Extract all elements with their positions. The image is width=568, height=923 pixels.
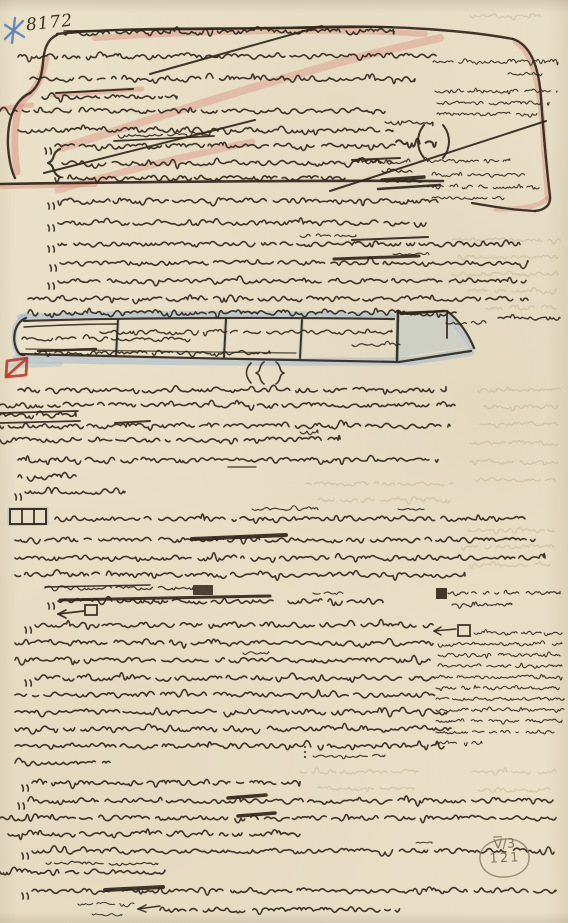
dots-layer xyxy=(304,746,306,758)
handwriting-line xyxy=(48,276,526,289)
handwriting-line xyxy=(48,218,426,231)
handwriting-line xyxy=(393,253,429,255)
strike-marks-layer xyxy=(0,18,546,912)
handwriting-line xyxy=(25,619,433,633)
strike-line xyxy=(114,136,214,141)
bleedthrough-line xyxy=(462,544,554,550)
archive-stamp: V/3 121 xyxy=(478,837,532,880)
handwriting-line xyxy=(416,842,432,843)
handwriting-line xyxy=(452,602,512,608)
handwriting-line xyxy=(396,139,436,148)
strike-line xyxy=(138,909,146,912)
handwriting-line xyxy=(352,341,400,346)
bleedthrough-line xyxy=(470,441,558,446)
handwriting-line xyxy=(300,430,318,435)
handwriting-line xyxy=(18,456,438,465)
handwriting-line xyxy=(160,907,400,914)
dot-mark xyxy=(304,756,306,758)
handwriting-line xyxy=(30,73,415,83)
boat-blue-wash xyxy=(9,508,47,525)
strike-line xyxy=(434,631,441,635)
strike-line xyxy=(352,237,428,240)
handwriting-line xyxy=(243,652,269,655)
handwriting-line xyxy=(18,385,446,394)
strike-line xyxy=(115,421,150,423)
handwriting-line xyxy=(22,846,554,859)
paren-glyph xyxy=(247,363,252,383)
bleedthrough-line xyxy=(452,271,558,276)
handwriting-layer xyxy=(0,27,564,916)
bleedthrough-line xyxy=(475,477,555,482)
handwriting-line xyxy=(474,630,562,636)
bleedthrough-line xyxy=(300,768,418,774)
handwriting-line xyxy=(0,400,455,410)
handwriting-line xyxy=(100,329,392,336)
bleedthrough-line xyxy=(318,786,414,791)
handwriting-line xyxy=(22,779,300,791)
handwriting-line xyxy=(432,197,504,200)
dot-mark xyxy=(304,751,306,753)
handwriting-line xyxy=(313,754,385,758)
strike-line xyxy=(378,185,440,189)
handwriting-line xyxy=(22,335,190,342)
handwriting-line xyxy=(62,158,392,169)
handwriting-line xyxy=(55,514,525,523)
handwriting-line xyxy=(15,487,125,500)
bleedthrough-line xyxy=(468,288,556,294)
handwriting-line xyxy=(498,315,560,321)
handwriting-line xyxy=(436,730,554,734)
handwriting-line xyxy=(46,861,158,865)
handwriting-line xyxy=(436,697,564,700)
bleedthrough-line xyxy=(478,387,560,392)
handwriting-line xyxy=(15,656,430,665)
handwriting-line xyxy=(15,741,444,750)
handwriting-line xyxy=(48,198,438,209)
small-box-glyph xyxy=(85,605,97,615)
brace-glyph xyxy=(48,149,60,177)
bleedthrough-line xyxy=(472,768,556,775)
handwriting-line xyxy=(313,592,343,594)
filled-square-glyph xyxy=(436,588,447,599)
strike-line xyxy=(228,795,266,798)
boat-blue-wash xyxy=(8,364,60,366)
handwriting-line xyxy=(0,867,165,875)
strike-line xyxy=(58,614,66,618)
handwriting-line xyxy=(50,257,528,271)
boat-deck-line xyxy=(24,324,117,327)
handwriting-line xyxy=(398,509,424,511)
handwriting-line xyxy=(0,436,340,444)
handwriting-line xyxy=(438,652,560,658)
strike-line xyxy=(238,813,275,816)
handwriting-line xyxy=(385,121,433,126)
handwriting-line xyxy=(300,234,356,238)
three-cell-box xyxy=(10,509,46,524)
handwriting-line xyxy=(428,184,539,189)
strike-line xyxy=(192,535,286,539)
bleedthrough-line xyxy=(478,788,550,793)
handwriting-line xyxy=(28,295,528,304)
handwriting-line xyxy=(448,590,560,595)
manuscript-svg xyxy=(0,0,568,923)
handwriting-line xyxy=(18,473,76,482)
handwriting-line xyxy=(438,663,562,668)
strike-line xyxy=(382,177,424,180)
handwriting-line xyxy=(432,172,525,177)
handwriting-line xyxy=(0,814,556,823)
boat-divider xyxy=(397,311,398,360)
handwriting-line xyxy=(15,690,435,699)
bleedthrough-line xyxy=(458,255,558,260)
bleedthrough-line xyxy=(480,422,558,428)
handwriting-line xyxy=(18,796,553,809)
stamp-number: 121 xyxy=(479,850,532,866)
bleedthrough-line xyxy=(305,482,453,486)
handwriting-line xyxy=(437,101,549,105)
handwriting-line xyxy=(436,719,562,724)
handwriting-line xyxy=(22,887,556,899)
strike-line xyxy=(0,421,80,423)
handwriting-line xyxy=(252,506,318,511)
strike-line xyxy=(0,411,78,413)
handwriting-line xyxy=(436,741,482,746)
strike-line xyxy=(105,887,163,890)
strike-line xyxy=(334,256,419,259)
hatched-box-glyph xyxy=(193,585,213,595)
dot-mark xyxy=(304,746,306,748)
small-box-glyph xyxy=(458,625,470,636)
handwriting-line xyxy=(436,675,562,680)
boat-deck-line xyxy=(24,318,394,321)
manuscript-page: 8172 V/3 121 xyxy=(0,0,568,923)
handwriting-line xyxy=(437,112,537,117)
handwriting-line xyxy=(78,902,134,907)
handwriting-line xyxy=(436,685,559,690)
bleedthrough-line xyxy=(468,528,554,534)
handwriting-line xyxy=(25,673,435,686)
handwriting-line xyxy=(433,59,558,66)
handwriting-line xyxy=(15,723,451,734)
bleedthrough-line xyxy=(486,305,556,310)
bleedthrough-line xyxy=(470,562,550,569)
handwriting-line xyxy=(15,707,447,716)
handwriting-line xyxy=(8,829,300,839)
handwriting-line xyxy=(436,707,564,712)
handwriting-line xyxy=(92,914,122,916)
handwriting-line xyxy=(48,240,520,252)
handwriting-line xyxy=(15,570,465,580)
handwriting-line xyxy=(438,641,562,647)
bleedthrough-line xyxy=(470,459,558,464)
handwriting-line xyxy=(288,598,383,605)
horizontal-rule xyxy=(0,181,443,184)
bleedthrough-line xyxy=(484,405,558,411)
bleedthrough-line xyxy=(470,14,540,20)
handwriting-line xyxy=(15,553,545,562)
handwriting-line xyxy=(15,537,535,544)
handwriting-line xyxy=(15,758,110,766)
bleedthrough-line xyxy=(318,497,450,504)
handwriting-line xyxy=(15,639,433,648)
